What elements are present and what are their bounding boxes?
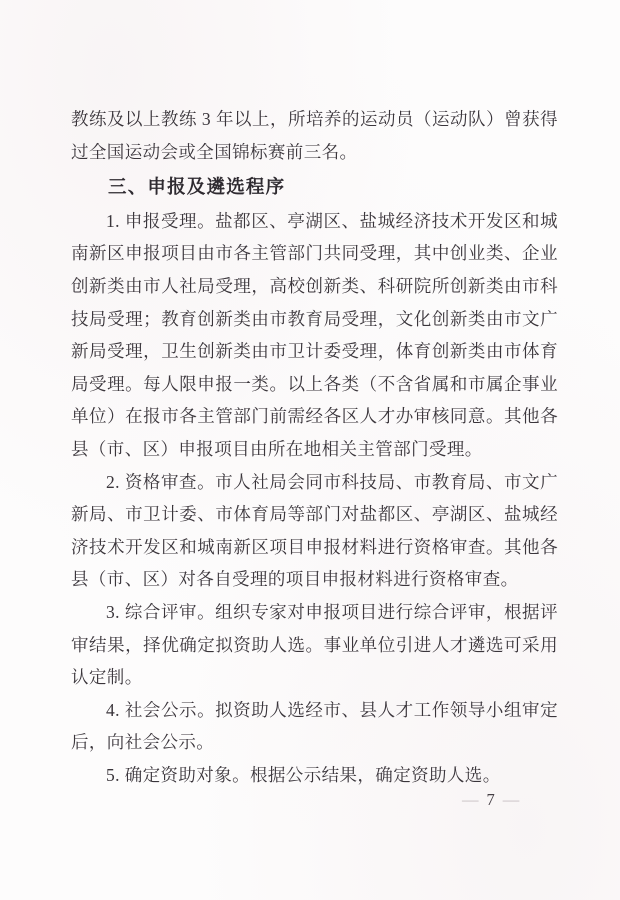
document-body: 教练及以上教练 3 年以上，所培养的运动员（运动队）曾获得过全国运动会或全国锦标… bbox=[71, 103, 558, 791]
page-number-value: 7 bbox=[487, 790, 495, 809]
page-number: —7— bbox=[462, 789, 519, 811]
paragraph: 1. 申报受理。盐都区、亭湖区、盐城经济技术开发区和城南新区申报项目由市各主管部… bbox=[71, 205, 558, 466]
paragraph: 3. 综合评审。组织专家对申报项目进行综合评审，根据评审结果，择优确定拟资助人选… bbox=[71, 596, 558, 694]
paragraph: 4. 社会公示。拟资助人选经市、县人才工作领导小组审定后，向社会公示。 bbox=[71, 694, 558, 759]
page-number-dash-left: — bbox=[462, 790, 479, 809]
paragraph: 2. 资格审查。市人社局会同市科技局、市教育局、市文广新局、市卫计委、市体育局等… bbox=[71, 466, 558, 596]
paragraph: 5. 确定资助对象。根据公示结果，确定资助人选。 bbox=[71, 759, 558, 792]
page-number-dash-right: — bbox=[503, 790, 520, 809]
section-heading: 三、申报及遴选程序 bbox=[71, 171, 558, 204]
paragraph: 教练及以上教练 3 年以上，所培养的运动员（运动队）曾获得过全国运动会或全国锦标… bbox=[71, 103, 558, 168]
document-page: 教练及以上教练 3 年以上，所培养的运动员（运动队）曾获得过全国运动会或全国锦标… bbox=[0, 0, 620, 900]
